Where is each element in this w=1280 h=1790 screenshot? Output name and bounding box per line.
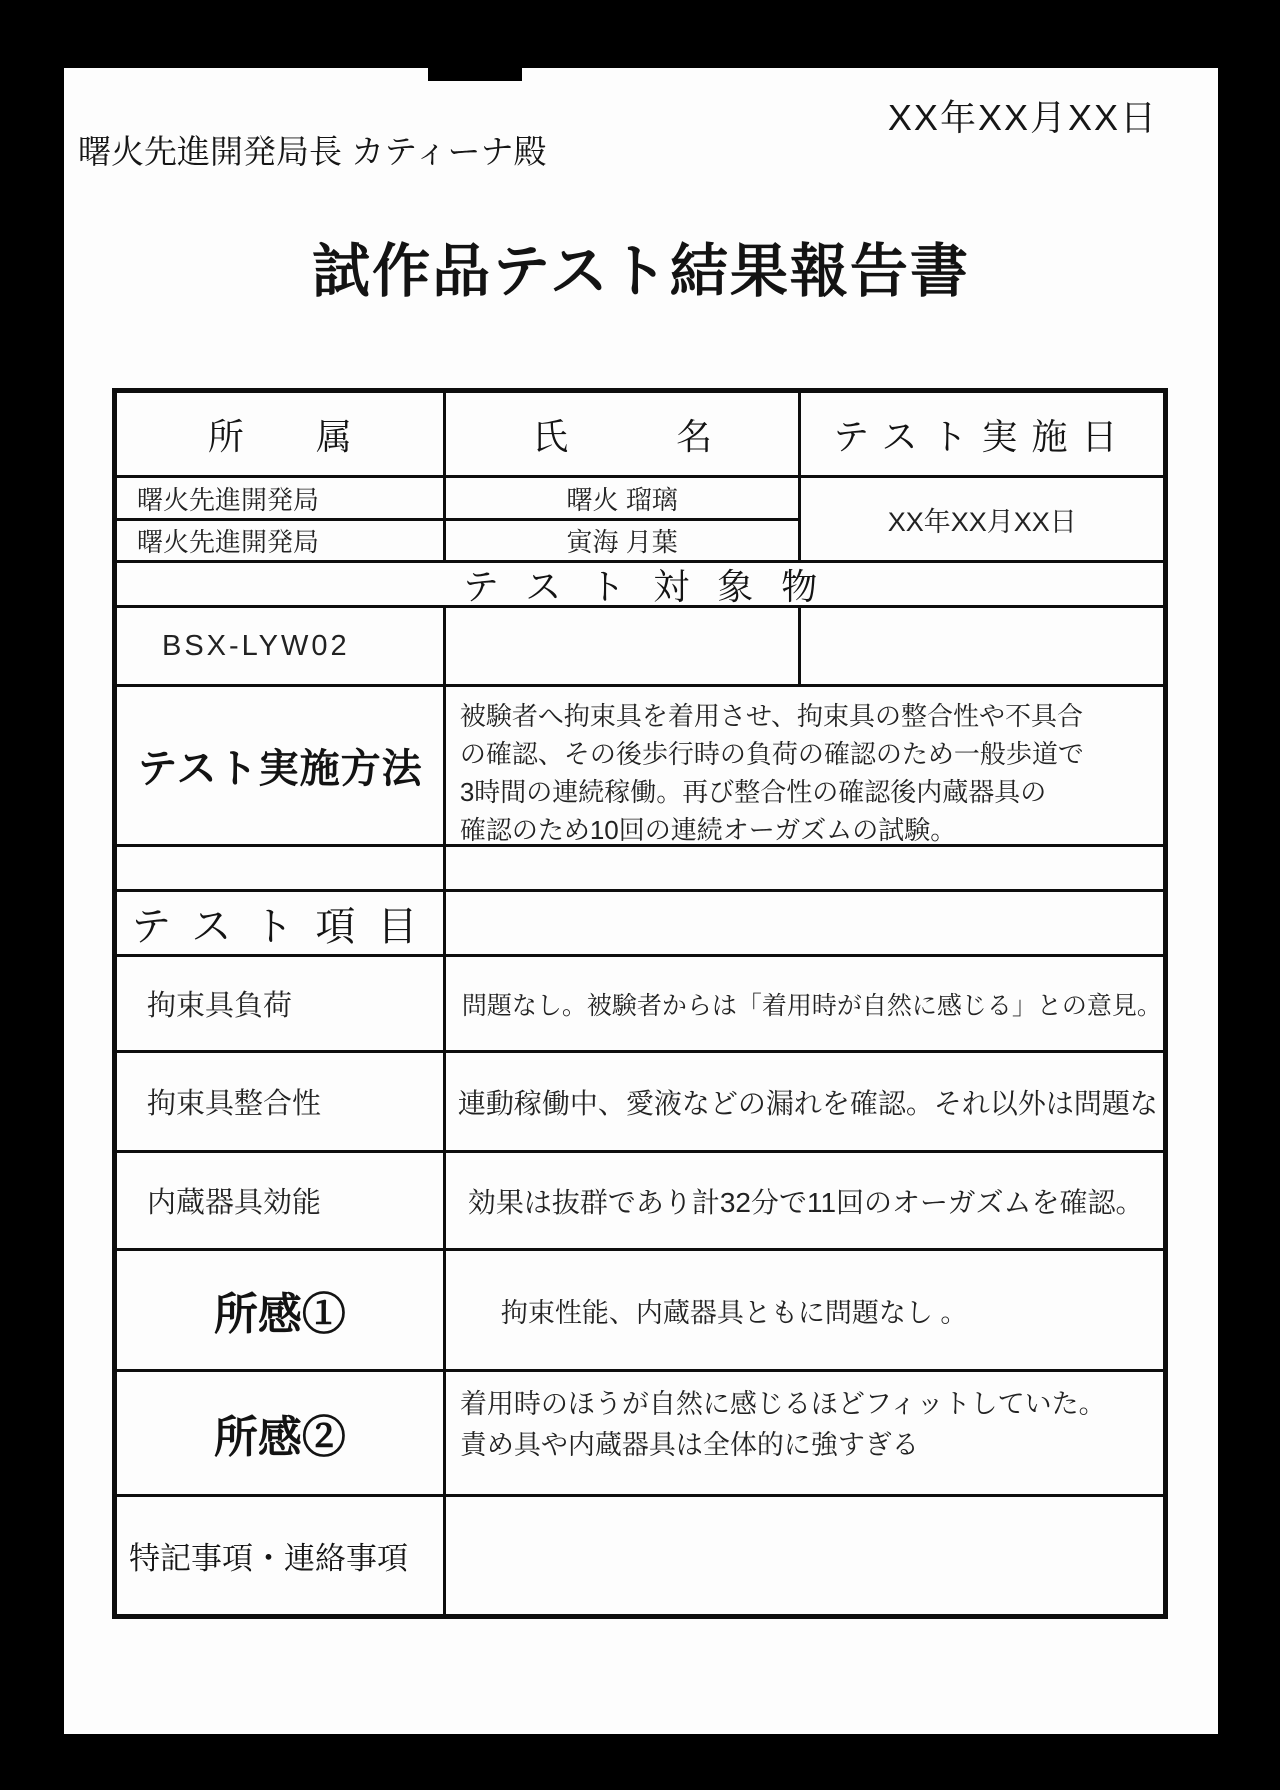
item-row-load: 拘束具負荷 問題なし。被験者からは「着用時が自然に感じる」との意見。 xyxy=(117,957,1163,1053)
item-row-efficacy: 内蔵器具効能 効果は抜群であり計32分で11回のオーガズムを確認。 xyxy=(117,1153,1163,1251)
notes-empty-cell xyxy=(443,1497,1163,1614)
impression2-label: 所感② xyxy=(117,1372,443,1494)
item1-result: 問題なし。被験者からは「着用時が自然に感じる」との意見。 xyxy=(443,957,1163,1050)
items-header-empty-cell xyxy=(443,892,1163,954)
report-date: XX年XX月XX日 xyxy=(888,90,1158,141)
items-header: テスト項目 xyxy=(117,892,443,954)
tester1-affiliation: 曙火先進開発局 xyxy=(117,478,443,521)
method-description: 被験者へ拘束具を着用させ、拘束具の整合性や不具合 の確認、その後歩行時の負荷の確… xyxy=(443,687,1163,844)
method-line-1: 被験者へ拘束具を着用させ、拘束具の整合性や不具合 xyxy=(460,697,1149,735)
notes-label: 特記事項・連絡事項 xyxy=(117,1497,443,1614)
affiliation-column: 曙火先進開発局 曙火先進開発局 xyxy=(117,478,443,560)
test-date-value: XX年XX月XX日 xyxy=(798,478,1163,560)
notes-row: 特記事項・連絡事項 xyxy=(117,1497,1163,1614)
target-header-row: テスト対象物 xyxy=(117,563,1163,608)
paper-page: XX年XX月XX日 曙火先進開発局長 カティーナ殿 試作品テスト結果報告書 所 … xyxy=(64,68,1218,1734)
header-name: 氏 名 xyxy=(443,393,799,475)
tester2-name-cell: 寅海 月葉 xyxy=(446,521,799,560)
page-title: 試作品テスト結果報告書 xyxy=(64,224,1218,308)
item3-result: 効果は抜群であり計32分で11回のオーガズムを確認。 xyxy=(443,1153,1163,1248)
method-line-4: 確認のため10回の連続オーガズムの試験。 xyxy=(460,811,1149,844)
impression1-label: 所感① xyxy=(117,1251,443,1369)
method-line-2: の確認、その後歩行時の負荷の確認のため一般歩道で xyxy=(460,735,1149,773)
tester1-name: 曙火 瑠璃 xyxy=(446,480,799,517)
target-header: テスト対象物 xyxy=(117,563,1163,605)
method-label: テスト実施方法 xyxy=(117,687,443,844)
spacer-cell-2 xyxy=(443,847,1163,889)
item2-label: 拘束具整合性 xyxy=(117,1053,443,1150)
item2-result: 連動稼働中、愛液などの漏れを確認。それ以外は問題なし xyxy=(443,1053,1163,1150)
target-empty-cell-2 xyxy=(798,608,1163,684)
spacer-cell-1 xyxy=(117,847,443,889)
impression2-line-2: 責め具や内蔵器具は全体的に強すぎる xyxy=(460,1425,1163,1466)
tester2-affiliation: 曙火先進開発局 xyxy=(117,521,443,560)
target-id: BSX-LYW02 xyxy=(117,608,443,684)
impression2-line-1: 着用時のほうが自然に感じるほどフィットしていた。 xyxy=(460,1384,1163,1425)
method-line-3: 3時間の連続稼働。再び整合性の確認後内蔵器具の xyxy=(460,773,1149,811)
items-header-row: テスト項目 xyxy=(117,892,1163,957)
impression2-row: 所感② 着用時のほうが自然に感じるほどフィットしていた。 責め具や内蔵器具は全体… xyxy=(117,1372,1163,1497)
addressee-line: 曙火先進開発局長 カティーナ殿 xyxy=(78,126,547,173)
testers-rows: 曙火先進開発局 曙火先進開発局 曙火 瑠璃 寅海 月葉 XX年XX月XX日 xyxy=(117,478,1163,563)
impression1-row: 所感① 拘束性能、内蔵器具ともに問題なし 。 xyxy=(117,1251,1163,1372)
report-table: 所 属 氏 名 テスト実施日 曙火先進開発局 曙火先進開発局 曙火 瑠璃 寅海 … xyxy=(112,388,1168,1619)
header-test-date: テスト実施日 xyxy=(798,393,1163,475)
target-empty-cell-1 xyxy=(443,608,799,684)
spacer-row xyxy=(117,847,1163,892)
item1-label: 拘束具負荷 xyxy=(117,957,443,1050)
target-id-row: BSX-LYW02 xyxy=(117,608,1163,687)
item-row-integrity: 拘束具整合性 連動稼働中、愛液などの漏れを確認。それ以外は問題なし xyxy=(117,1053,1163,1153)
tester1-name-cell: 曙火 瑠璃 xyxy=(446,478,799,521)
item3-label: 内蔵器具効能 xyxy=(117,1153,443,1248)
tester2-name: 寅海 月葉 xyxy=(446,522,799,559)
impression1-text: 拘束性能、内蔵器具ともに問題なし 。 xyxy=(443,1251,1163,1369)
impression2-text: 着用時のほうが自然に感じるほどフィットしていた。 責め具や内蔵器具は全体的に強す… xyxy=(443,1372,1163,1494)
report-document: XX年XX月XX日 曙火先進開発局長 カティーナ殿 試作品テスト結果報告書 所 … xyxy=(0,0,1280,1790)
scan-artifact-tab xyxy=(428,62,522,81)
table-header-row: 所 属 氏 名 テスト実施日 xyxy=(117,393,1163,478)
method-row: テスト実施方法 被験者へ拘束具を着用させ、拘束具の整合性や不具合 の確認、その後… xyxy=(117,687,1163,847)
header-affiliation: 所 属 xyxy=(117,393,443,475)
name-column: 曙火 瑠璃 寅海 月葉 xyxy=(443,478,799,560)
